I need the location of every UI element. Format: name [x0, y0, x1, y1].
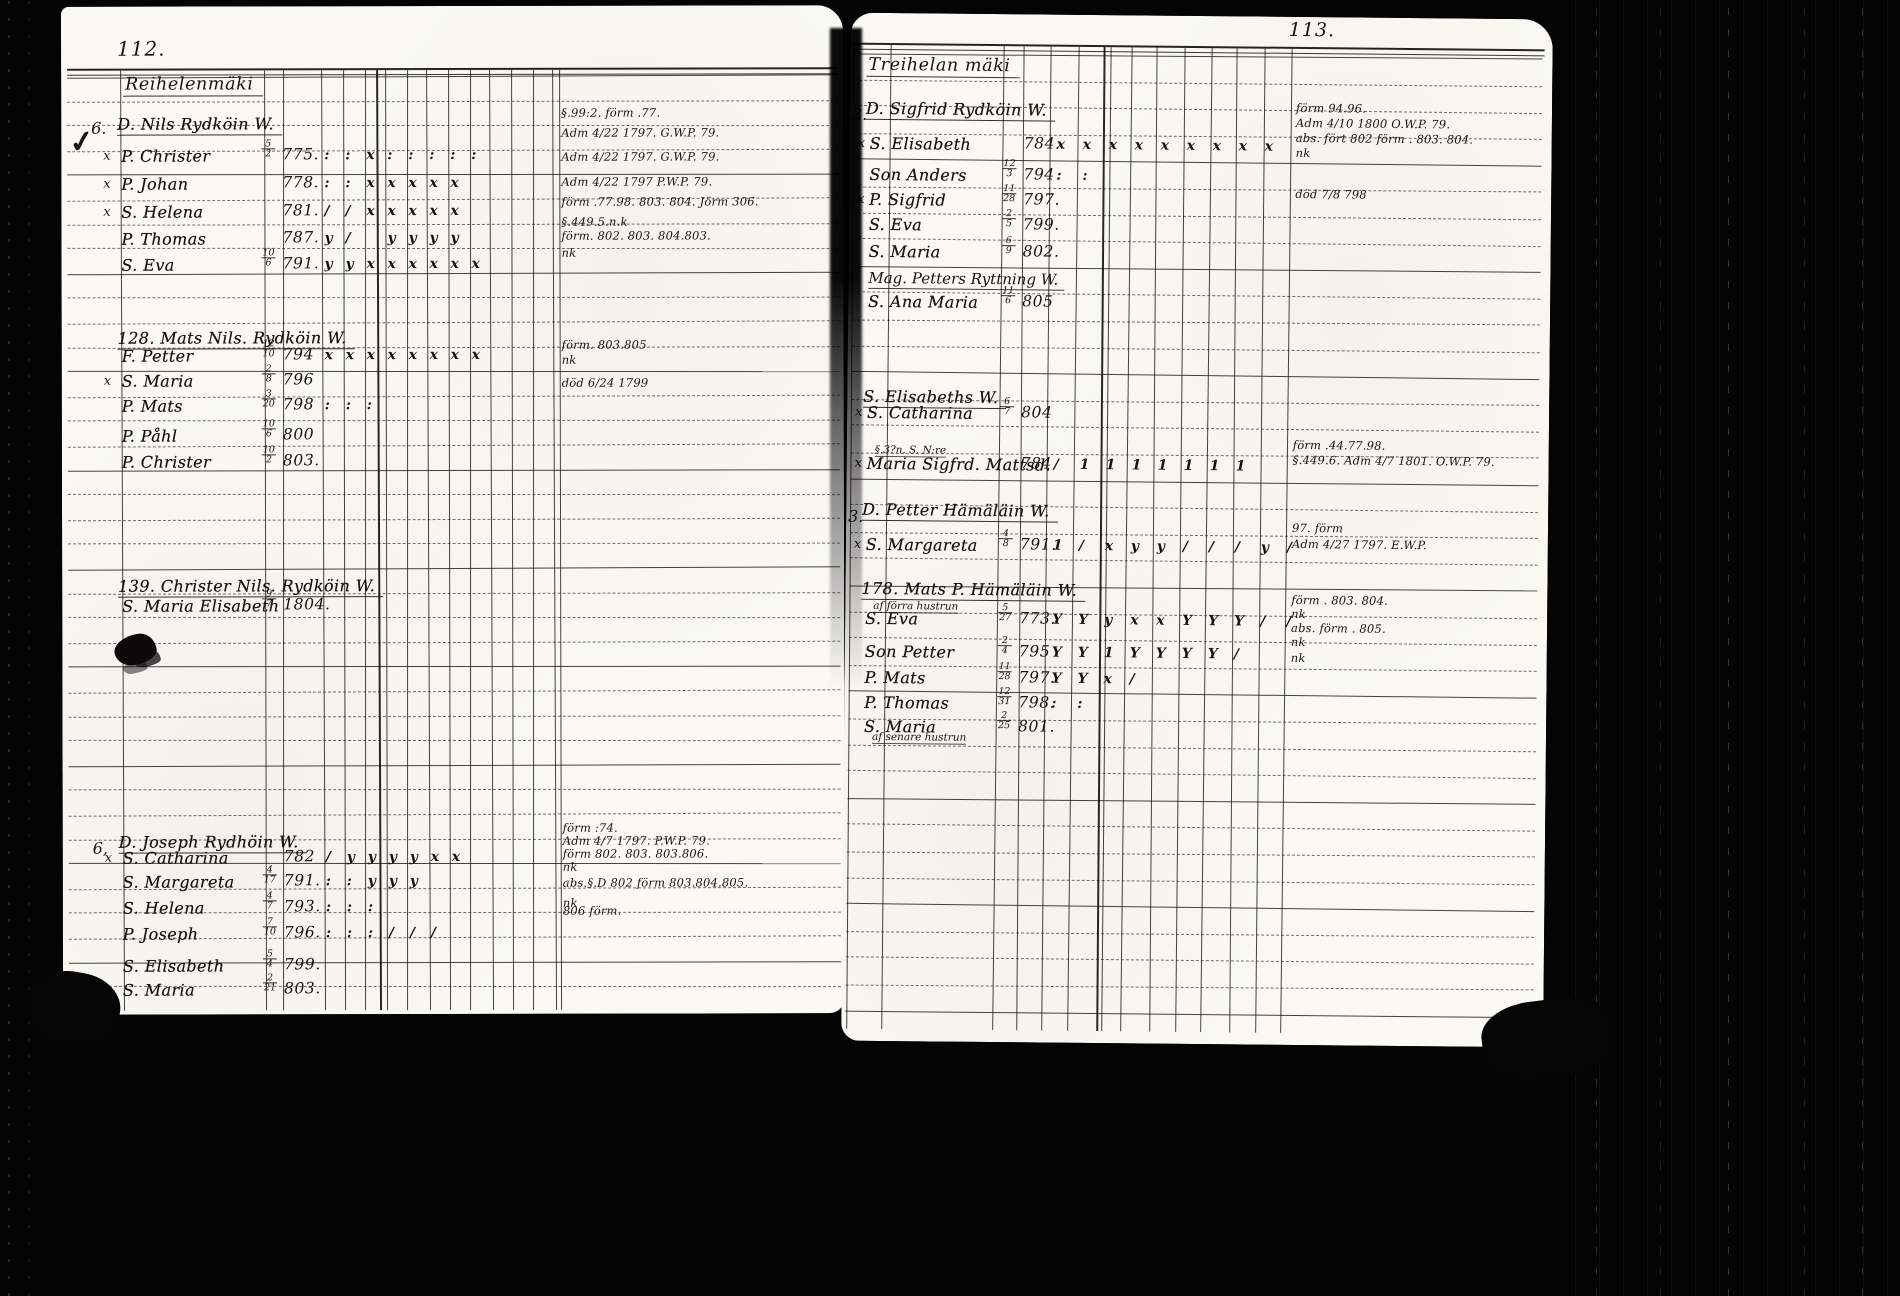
- remark-note: Adm 4/22 1797 P.W.P. 79.: [561, 174, 712, 188]
- communion-mark: y: [450, 230, 458, 246]
- remark-note: förm :74.: [563, 821, 618, 835]
- communion-mark: y: [389, 873, 397, 889]
- date-denominator: 5: [999, 219, 1019, 229]
- communion-mark: /: [345, 230, 350, 246]
- communion-mark: /: [345, 203, 350, 219]
- entry-row: xP. Christer52775.::x:::::§.99:2. förm .…: [61, 145, 843, 147]
- communion-mark: Y: [1078, 645, 1088, 661]
- date-denominator: 7: [260, 901, 280, 911]
- communion-mark: x: [429, 203, 437, 219]
- film-scratches-left: [0, 0, 62, 1296]
- communion-mark: x: [1156, 613, 1165, 629]
- entry-row: xP. Sigfrid1128797.död 7/8 798: [849, 190, 1551, 197]
- birth-year: 794: [1023, 165, 1055, 183]
- remark-note: nk: [1291, 635, 1306, 649]
- person-name: P. Påhl: [122, 427, 178, 446]
- birth-date: 1231: [994, 687, 1014, 707]
- person-name: S. Eva: [869, 215, 922, 235]
- communion-mark: y: [324, 230, 332, 246]
- communion-mark: :: [324, 147, 329, 163]
- remark-note: abs.§.D 802 förm 803.804.805.: [563, 875, 749, 889]
- birth-year: 803.: [283, 451, 320, 469]
- communion-mark: y: [1261, 540, 1269, 556]
- communion-mark: Y: [1182, 646, 1192, 662]
- birth-date: 48: [996, 529, 1016, 549]
- birth-date: 116: [998, 286, 1018, 306]
- person-name: P. Christer: [122, 453, 211, 472]
- communion-mark: 1: [1104, 645, 1114, 661]
- date-denominator: 21: [260, 983, 280, 993]
- communion-mark: :: [368, 899, 373, 915]
- date-denominator: 4: [260, 959, 280, 969]
- remark-note: nk: [563, 860, 578, 874]
- date-denominator: 6: [998, 296, 1018, 306]
- communion-mark: :: [346, 397, 351, 413]
- communion-mark: :: [387, 147, 392, 163]
- person-name: P. Johan: [121, 175, 188, 194]
- remark-note: förm . 803. 804.: [1291, 593, 1388, 608]
- entry-row: xS. Elisabeth784.xxxxxxxxxförm 94.96.Adm…: [850, 134, 1552, 141]
- birth-date: 123: [999, 159, 1019, 179]
- birth-year: 796.: [284, 923, 321, 941]
- date-denominator: 17: [260, 875, 280, 885]
- date-denominator: 8: [996, 539, 1016, 549]
- birth-year: 791.: [1020, 535, 1057, 553]
- date-denominator: 31: [994, 697, 1014, 707]
- person-name: F. Petter: [122, 347, 194, 366]
- birth-date: 102: [259, 445, 279, 465]
- entry-row: P. Joseph710796.:::///: [63, 923, 845, 925]
- communion-mark: x: [429, 256, 437, 272]
- entry-row: P. Thomas787.y/yyyy§.449.5.n.kförm. 802.…: [61, 228, 843, 230]
- communion-mark: x: [1057, 137, 1066, 153]
- person-name: P. Mats: [122, 397, 183, 416]
- communion-mark: :: [347, 899, 352, 915]
- birth-date: 1210: [259, 339, 279, 359]
- remark-note: förm. 803.805: [562, 338, 647, 352]
- birth-date: 52: [258, 139, 278, 159]
- date-denominator: 10: [259, 349, 279, 359]
- communion-mark: /: [1260, 614, 1265, 630]
- person-name: P. Joseph: [123, 925, 199, 944]
- entries-right: D. Sigfrid Rydköin W.3.xS. Elisabeth784.…: [841, 13, 1553, 1048]
- person-name: S. Maria: [869, 242, 941, 262]
- communion-mark: :: [345, 175, 350, 191]
- birth-year: 795: [1019, 642, 1051, 660]
- communion-mark: :: [408, 147, 413, 163]
- person-name: P. Christer: [121, 147, 210, 166]
- communion-mark: /: [326, 849, 331, 865]
- birth-year: 797.: [1018, 668, 1055, 686]
- communion-mark: y: [1157, 539, 1165, 555]
- book-gutter-shadow: [830, 28, 862, 688]
- communion-mark: 1: [1106, 457, 1116, 473]
- entry-row: xS. Margareta48791.1/xyy///y/97. förmAdm…: [846, 535, 1548, 542]
- communion-mark: 1: [1080, 457, 1090, 473]
- entry-row: S. Eva106791.yyxxxxxxnk: [61, 254, 843, 256]
- entry-row: S. Maria69802.: [849, 242, 1551, 249]
- communion-mark: /: [431, 925, 436, 941]
- birth-date: 106: [259, 419, 279, 439]
- date-denominator: 2: [259, 455, 279, 465]
- person-name: S. Elisabeth: [123, 956, 225, 975]
- communion-mark: y: [368, 873, 376, 889]
- entry-row: xP. Johan778.::xxxxxAdm 4/22 1797. G.W.P…: [61, 173, 843, 175]
- birth-date: 1128: [995, 662, 1015, 682]
- communion-mark: x: [1265, 139, 1274, 155]
- date-denominator: 7: [259, 599, 279, 609]
- entry-row: xS. Helena781.//xxxxxAdm 4/22 1797 P.W.P…: [61, 201, 843, 203]
- communion-mark: :: [367, 397, 372, 413]
- sub-household-header: Mag. Petters Ryttning W.: [868, 269, 1064, 291]
- household-header: D. Nils Rydköin W.: [117, 114, 282, 135]
- remark-note: förm. 802. 803. 804.803.: [561, 228, 710, 242]
- communion-mark: x: [452, 849, 460, 865]
- communion-mark: Y: [1182, 613, 1192, 629]
- communion-mark: y: [368, 849, 376, 865]
- remark-note: nk: [562, 353, 577, 367]
- communion-mark: x: [408, 203, 416, 219]
- entry-row: S. Ana Maria116805: [848, 292, 1550, 299]
- birth-date: 710: [260, 917, 280, 937]
- date-denominator: 28: [995, 672, 1015, 682]
- person-name: P. Sigfrid: [869, 190, 946, 210]
- birth-year: 802.: [1023, 242, 1060, 260]
- remark-note: förm 94.96.: [1296, 101, 1366, 116]
- star-mark: x: [104, 374, 111, 389]
- person-name: Son Anders: [869, 165, 967, 185]
- entry-row: Son Anders123794::: [849, 165, 1551, 172]
- birth-year: 805: [1022, 292, 1054, 310]
- register-page-right: 113. Treihelan mäki D. Sigfrid Rydköin W…: [841, 13, 1553, 1048]
- communion-mark: x: [429, 175, 437, 191]
- check-mark: ✓: [67, 123, 97, 161]
- communion-mark: Y: [1208, 646, 1218, 662]
- birth-date: 225: [994, 711, 1014, 731]
- remark-note: förm .44.77.98.: [1293, 438, 1386, 453]
- birth-year: 791.: [284, 871, 321, 889]
- film-scratch: [1804, 0, 1805, 1296]
- communion-mark: x: [1109, 137, 1118, 153]
- remark-note: Adm 4/27 1797. E.W.P.: [1292, 537, 1427, 552]
- birth-year: 803.: [284, 979, 321, 997]
- birth-year: 778.: [282, 173, 319, 191]
- remark-note: Adm 4/22 1797. G.W.P. 79.: [561, 149, 719, 163]
- date-denominator: 28: [999, 194, 1019, 204]
- communion-mark: y: [345, 256, 353, 272]
- communion-mark: x: [1105, 538, 1114, 554]
- communion-mark: Y: [1052, 612, 1062, 628]
- remark-note: död 7/8 798: [1295, 187, 1367, 202]
- date-denominator: 10: [260, 927, 280, 937]
- household-header: D. Sigfrid Rydköin W.: [866, 99, 1055, 122]
- communion-mark: :: [326, 899, 331, 915]
- communion-mark: :: [345, 147, 350, 163]
- birth-year: 799.: [1023, 215, 1060, 233]
- household: 139. Christer Nils. Rydköin W.S. Maria E…: [61, 5, 843, 7]
- remark-note: nk: [1291, 607, 1306, 621]
- communion-mark: :: [325, 397, 330, 413]
- communion-mark: x: [430, 347, 438, 363]
- communion-mark: :: [368, 925, 373, 941]
- date-denominator: 7: [997, 407, 1017, 417]
- person-name: P. Thomas: [864, 693, 949, 713]
- communion-mark: /: [1183, 539, 1188, 555]
- entry-row: xS. Catharina67804: [847, 403, 1549, 410]
- communion-mark: :: [429, 147, 434, 163]
- communion-mark: :: [326, 925, 331, 941]
- person-name: S. Helena: [121, 203, 203, 222]
- communion-mark: :: [1082, 168, 1087, 184]
- birth-year: 781.: [282, 201, 319, 219]
- birth-year: 782: [284, 847, 315, 865]
- birth-year: 784: [1021, 454, 1053, 472]
- birth-year: 801.: [1018, 717, 1055, 735]
- birth-date: 25: [999, 209, 1019, 229]
- communion-mark: :: [1077, 696, 1082, 712]
- film-scratch: [1862, 0, 1863, 1296]
- person-name: S. Margareta: [866, 535, 978, 555]
- communion-mark: y: [389, 849, 397, 865]
- microfilm-scan: 112. Reihelenmäki D. Nils Rydköin W.6.✓x…: [0, 0, 1900, 1296]
- birth-year: 798: [283, 395, 314, 413]
- communion-mark: x: [1187, 138, 1196, 154]
- register-page-left: 112. Reihelenmäki D. Nils Rydköin W.6.✓x…: [61, 5, 845, 1015]
- birth-date: 67: [997, 397, 1017, 417]
- entry-row: Son Petter24795YY1YYYY/nk: [845, 642, 1547, 649]
- birth-date: 69: [999, 236, 1019, 256]
- communion-mark: x: [471, 256, 479, 272]
- communion-mark: 1: [1184, 458, 1194, 474]
- communion-mark: y: [387, 230, 395, 246]
- film-scratch: [1596, 0, 1597, 1296]
- entry-row: S. Helena47793.:::806 förm.: [63, 897, 845, 899]
- household: D. Joseph Rydhöin W.6,xS. Catharina782/y…: [61, 5, 843, 7]
- person-name: S. Margareta: [123, 872, 235, 891]
- communion-mark: :: [347, 873, 352, 889]
- communion-mark: x: [1135, 137, 1144, 153]
- person-name: S. Catharina: [123, 848, 229, 867]
- entry-row: S. Elisabeth54799.: [63, 955, 845, 957]
- communion-mark: /: [1209, 539, 1214, 555]
- communion-mark: x: [388, 347, 396, 363]
- communion-mark: Y: [1077, 671, 1087, 687]
- birth-year: 799.: [284, 955, 321, 973]
- person-name: P. Thomas: [121, 230, 206, 249]
- communion-mark: Y: [1234, 613, 1244, 629]
- star-mark: x: [103, 205, 110, 220]
- communion-mark: x: [408, 175, 416, 191]
- household-header: D. Petter Hämäläin W.: [862, 500, 1058, 523]
- household: D. Nils Rydköin W.6.✓xP. Christer52775.:…: [61, 5, 843, 7]
- communion-mark: x: [450, 256, 458, 272]
- communion-mark: x: [366, 256, 374, 272]
- entry-row: S. Margareta417791.::yyyabs.§.D 802 förm…: [63, 871, 845, 873]
- communion-mark: :: [347, 925, 352, 941]
- birth-date: 54: [260, 949, 280, 969]
- date-denominator: 9: [999, 246, 1019, 256]
- remark-note: död 6/24 1799: [562, 376, 649, 390]
- person-name: P. Mats: [864, 668, 925, 688]
- communion-mark: :: [471, 147, 476, 163]
- birth-year: 775.: [282, 145, 319, 163]
- entries-left: D. Nils Rydköin W.6.✓xP. Christer52775.:…: [61, 5, 845, 1015]
- marginal-note: af senare hustrun: [872, 731, 966, 745]
- birth-year: 1804.: [283, 595, 330, 613]
- remark-note: nk: [1291, 651, 1306, 665]
- communion-mark: x: [451, 347, 459, 363]
- birth-date: 417: [260, 865, 280, 885]
- birth-year: 796: [283, 370, 314, 388]
- birth-date: 28: [259, 364, 279, 384]
- birth-year: 797.: [1023, 190, 1060, 208]
- communion-mark: x: [431, 849, 439, 865]
- birth-date: 97: [259, 589, 279, 609]
- person-name: S. Elisabeth: [870, 134, 972, 154]
- date-denominator: 25: [994, 721, 1014, 731]
- communion-mark: Y: [1156, 646, 1166, 662]
- communion-mark: x: [366, 147, 374, 163]
- communion-mark: x: [1161, 138, 1170, 154]
- person-name: S. Maria Elisabeth: [122, 596, 279, 615]
- film-scratch: [1728, 0, 1729, 1296]
- communion-mark: x: [1130, 612, 1139, 628]
- star-mark: x: [105, 851, 112, 866]
- remark-note: nk: [561, 246, 576, 260]
- communion-mark: 1: [1132, 457, 1142, 473]
- entry-row: xMaria Sigfrd. Mattsd.784/1111111förm .4…: [847, 454, 1549, 461]
- entry-row: P. Mats1128797.YYx/: [845, 668, 1547, 675]
- communion-mark: Y: [1208, 613, 1218, 629]
- communion-mark: /: [1235, 539, 1240, 555]
- communion-mark: /: [324, 203, 329, 219]
- date-denominator: 6: [258, 258, 278, 268]
- communion-mark: y: [324, 256, 332, 272]
- communion-mark: x: [387, 203, 395, 219]
- remark-note: abs. förm . 805.: [1291, 621, 1386, 636]
- film-scratch: [1660, 0, 1661, 1296]
- communion-mark: /: [410, 925, 415, 941]
- remark-note: Adm 4/10 1800 O.W.P. 79.: [1296, 116, 1450, 131]
- communion-mark: x: [387, 175, 395, 191]
- communion-mark: x: [1103, 671, 1112, 687]
- person-name: S. Maria: [122, 372, 194, 391]
- communion-mark: :: [326, 873, 331, 889]
- communion-mark: /: [1054, 457, 1059, 473]
- birth-date: 527: [995, 603, 1015, 623]
- person-name: Son Petter: [865, 642, 955, 662]
- communion-mark: y: [410, 849, 418, 865]
- birth-date: 106: [258, 248, 278, 268]
- communion-mark: x: [1083, 137, 1092, 153]
- communion-mark: :: [450, 147, 455, 163]
- film-scratch: [8, 0, 10, 1296]
- remark-note: §.99:2. förm .77.: [561, 106, 660, 120]
- communion-mark: x: [450, 203, 458, 219]
- entry-row: S. Maria221803.: [63, 979, 845, 981]
- birth-date: 47: [260, 891, 280, 911]
- remark-note: abs. fört 802 förm . 803. 804.: [1296, 131, 1474, 147]
- remark-note: förm 802. 803. 803.806.: [563, 846, 709, 860]
- remark-note: nk: [1296, 146, 1311, 160]
- date-denominator: 6: [259, 429, 279, 439]
- date-denominator: 27: [995, 613, 1015, 623]
- date-denominator: 20: [259, 399, 279, 409]
- birth-year: 798.: [1018, 693, 1055, 711]
- entry-row: P. Christer102803.: [62, 451, 844, 453]
- communion-mark: /: [1234, 646, 1239, 662]
- entry-row: P. Thomas1231798.::: [844, 693, 1546, 700]
- birth-year: 794: [283, 345, 314, 363]
- communion-mark: x: [1239, 138, 1248, 154]
- birth-year: 793.: [284, 897, 321, 915]
- communion-mark: 1: [1210, 458, 1220, 474]
- entry-row: S. Eva25799.: [849, 215, 1551, 222]
- star-mark: x: [103, 149, 110, 164]
- remark-note: Adm 4/22 1797. G.W.P. 79.: [561, 125, 719, 139]
- communion-mark: x: [325, 347, 333, 363]
- person-name: S. Eva: [121, 256, 174, 275]
- communion-mark: Y: [1052, 645, 1062, 661]
- communion-mark: Y: [1051, 671, 1061, 687]
- household-header: 139. Christer Nils. Rydköin W.: [118, 576, 383, 598]
- remark-note: 97. förm: [1292, 521, 1343, 535]
- communion-mark: x: [1213, 138, 1222, 154]
- communion-mark: 1: [1158, 458, 1168, 474]
- date-denominator: 8: [259, 374, 279, 384]
- communion-mark: Y: [1078, 612, 1088, 628]
- communion-mark: :: [1056, 168, 1061, 184]
- date-denominator: 2: [258, 149, 278, 159]
- communion-mark: /: [1079, 538, 1084, 554]
- person-name: S. Catharina: [867, 403, 973, 423]
- birth-year: 800: [283, 425, 314, 443]
- communion-mark: x: [387, 256, 395, 272]
- communion-mark: x: [472, 347, 480, 363]
- communion-mark: x: [450, 175, 458, 191]
- communion-mark: y: [410, 873, 418, 889]
- birth-year: 804: [1021, 403, 1053, 421]
- household: S. Elisabeths W.xS. Catharina67804: [851, 13, 1553, 20]
- communion-mark: x: [367, 347, 375, 363]
- household: D. Sigfrid Rydköin W.3.xS. Elisabeth784.…: [851, 13, 1553, 20]
- person-name: S. Helena: [123, 899, 205, 918]
- birth-year: 784.: [1024, 134, 1061, 152]
- birth-date: 24: [995, 636, 1015, 656]
- communion-mark: 1: [1236, 458, 1246, 474]
- household-header: 178. Mats P. Hämäläin W.: [861, 579, 1085, 602]
- birth-year: 773.: [1019, 609, 1056, 627]
- communion-mark: :: [1051, 696, 1056, 712]
- communion-mark: /: [389, 925, 394, 941]
- film-scratches-right: [1552, 0, 1900, 1296]
- date-denominator: 3: [999, 169, 1019, 179]
- communion-mark: x: [408, 256, 416, 272]
- birth-date: 221: [260, 973, 280, 993]
- birth-year: 791.: [282, 254, 319, 272]
- birth-year: 787.: [282, 228, 319, 246]
- person-name: S. Eva: [865, 609, 918, 629]
- person-name: S. Maria: [123, 981, 195, 1000]
- communion-mark: :: [324, 175, 329, 191]
- communion-mark: y: [429, 230, 437, 246]
- communion-mark: /: [1129, 671, 1134, 687]
- film-scratch: [28, 0, 30, 1296]
- person-name: S. Ana Maria: [868, 292, 978, 312]
- entry-row: S. Maria225801.: [844, 717, 1546, 724]
- birth-date: 1128: [999, 184, 1019, 204]
- household: D. Petter Hämäläin W.3.xS. Margareta4879…: [851, 13, 1553, 20]
